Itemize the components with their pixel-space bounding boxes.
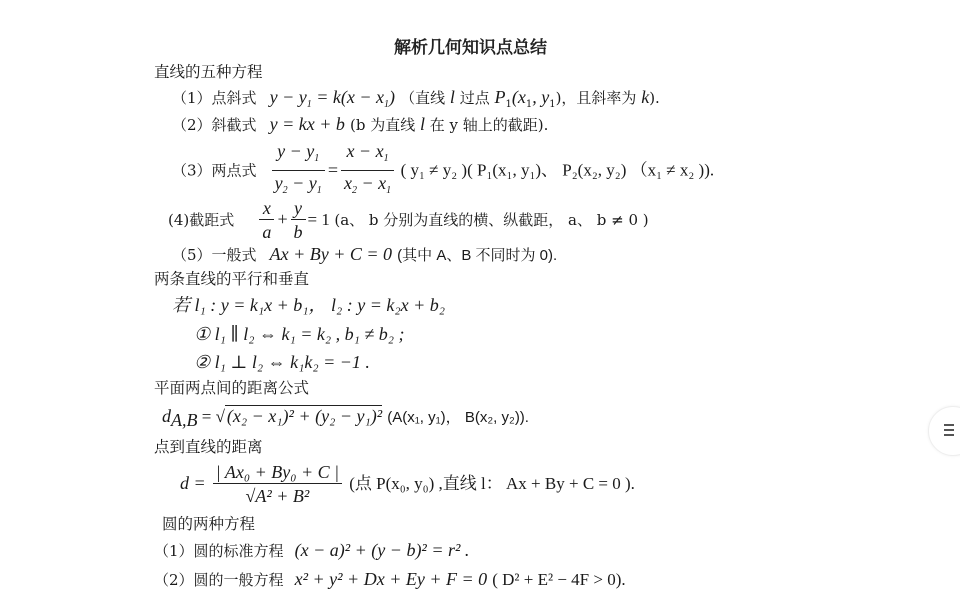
general-form: （5）一般式 Ax + By + C = 0 (其中 A、B 不同时为 0). bbox=[172, 244, 557, 266]
item-label: (4)截距式 bbox=[168, 211, 234, 229]
note: (点 P(x₀, y₀) ,直线 l： Ax + By + C = 0 ). bbox=[349, 474, 635, 493]
lines-definition: 若 l₁ : y = k₁x + b₁， l₂ : y = k₂x + b₂ bbox=[172, 295, 445, 315]
formula: y − y1y2 − y1=x − x1x2 − x1 bbox=[270, 160, 401, 180]
formula: (x − a)² + (y − b)² = r² . bbox=[295, 540, 470, 560]
formula: Ax + By + C = 0 bbox=[270, 244, 392, 264]
point-line-distance-formula: d = | Ax₀ + By₀ + C |√A² + B² (点 P(x₀, y… bbox=[180, 458, 635, 509]
item-label: （2）圆的一般方程 bbox=[154, 571, 284, 589]
section-heading-distance-formula: 平面两点间的距离公式 bbox=[154, 378, 309, 398]
formula: xa+yb= 1 bbox=[257, 209, 334, 229]
circle-general-equation: （2）圆的一般方程 x² + y² + Dx + Ey + F = 0 ( D²… bbox=[154, 569, 626, 590]
two-point-form: （3）两点式 y − y1y2 − y1=x − x1x2 − x1 ( y₁ … bbox=[172, 140, 714, 203]
note: ( y₁ ≠ y₂ )( P₁(x₁, y₁)、 P₂(x₂, y₂) （x₁ … bbox=[401, 161, 715, 180]
formula: y = kx + b bbox=[270, 114, 345, 134]
formula: x² + y² + Dx + Ey + F = 0 bbox=[295, 569, 487, 589]
parallel-condition: ① l₁ ∥ l₂ ⇔ k₁ = k₂ , b₁ ≠ b₂ ; bbox=[194, 324, 405, 344]
item-label: （2）斜截式 bbox=[172, 116, 257, 134]
note: (a、 b 分别为直线的横、纵截距， a、 b ≠ 0 ) bbox=[334, 211, 648, 229]
slope-intercept-form: （2）斜截式 y = kx + b (b 为直线 l 在 y 轴上的截距). bbox=[172, 114, 548, 135]
formula: y − y1 = k(x − x1) bbox=[270, 87, 395, 107]
point-slope-form: （1）点斜式 y − y1 = k(x − x1) （直线 l 过点 P1(x1… bbox=[172, 87, 660, 115]
section-heading-parallel-perpendicular: 两条直线的平行和垂直 bbox=[154, 269, 309, 289]
section-heading-line-equations: 直线的五种方程 bbox=[154, 62, 263, 82]
item-label: （1）圆的标准方程 bbox=[154, 542, 284, 560]
section-heading-point-line-distance: 点到直线的距离 bbox=[154, 437, 263, 457]
perpendicular-condition: ② l₁ ⊥ l₂ ⇔ k₁k₂ = −1 . bbox=[194, 352, 370, 372]
circle-standard-equation: （1）圆的标准方程 (x − a)² + (y − b)² = r² . bbox=[154, 540, 469, 561]
intercept-form: (4)截距式 xa+yb= 1 (a、 b 分别为直线的横、纵截距， a、 b … bbox=[168, 196, 649, 244]
section-heading-circle-equations: 圆的两种方程 bbox=[162, 514, 255, 534]
note: (A(x₁, y₁)， B(x₂, y₂)). bbox=[387, 409, 529, 426]
item-label: （5）一般式 bbox=[172, 246, 257, 264]
document-page: 解析几何知识点总结 直线的五种方程 （1）点斜式 y − y1 = k(x − … bbox=[0, 0, 960, 600]
note: (b 为直线 l 在 y 轴上的截距). bbox=[350, 116, 548, 134]
note: ( D² + E² − 4F > 0). bbox=[492, 570, 625, 589]
item-label: （1）点斜式 bbox=[172, 89, 257, 107]
note: （直线 l 过点 P1(x1, y1)，且斜率为 k). bbox=[400, 89, 660, 107]
distance-formula: dA,B = √(x₂ − x₁)² + (y₂ − y₁)² (A(x₁, y… bbox=[162, 406, 529, 430]
item-label: （3）两点式 bbox=[172, 162, 257, 180]
note: (其中 A、B 不同时为 0). bbox=[397, 247, 557, 264]
page-title: 解析几何知识点总结 bbox=[394, 38, 547, 58]
